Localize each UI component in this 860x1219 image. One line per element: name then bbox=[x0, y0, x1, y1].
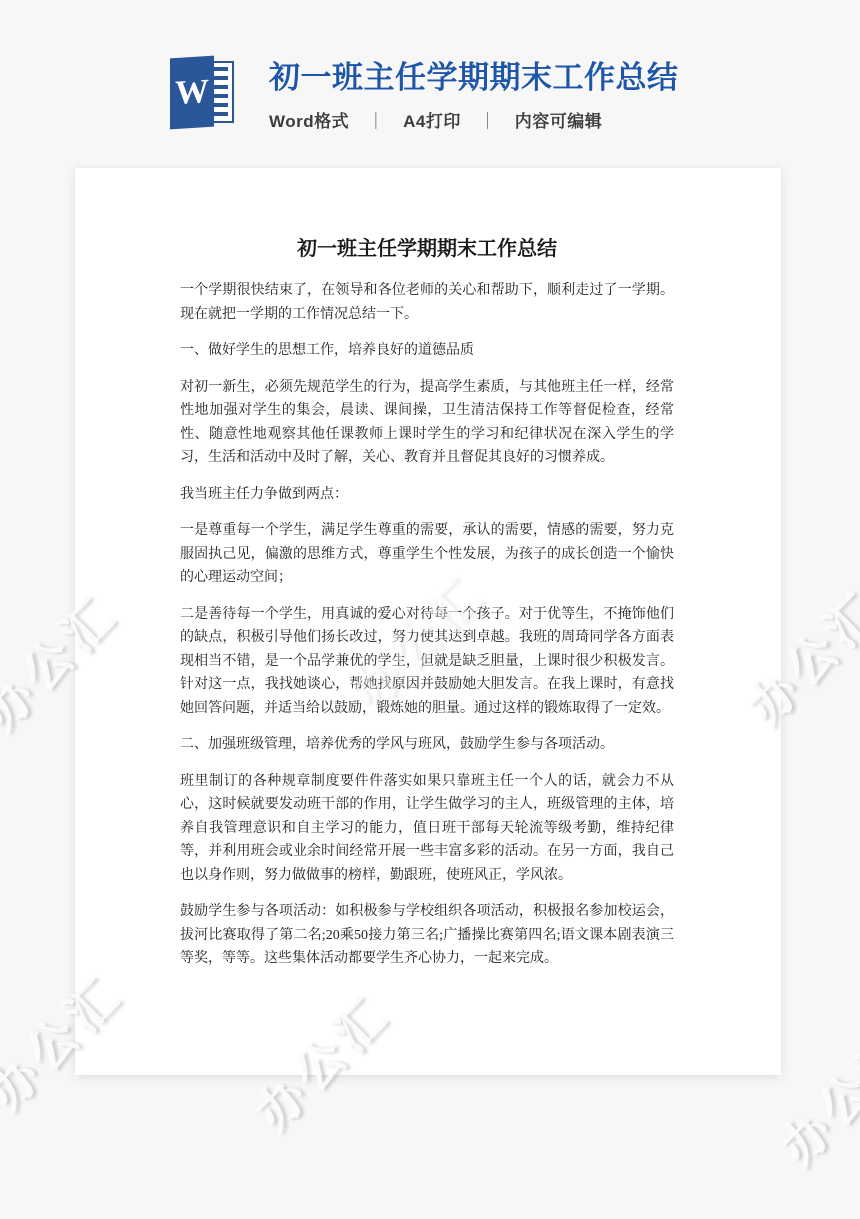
document-meta: Word格式 ｜ A4打印 ｜ 内容可编辑 bbox=[269, 107, 679, 132]
doc-heading: 一、做好学生的思想工作，培养良好的道德品质 bbox=[180, 339, 674, 363]
word-logo-icon: W bbox=[164, 56, 238, 130]
doc-paragraph: 一个学期很快结束了，在领导和各位老师的关心和帮助下，顺利走过了一学期。现在就把一… bbox=[180, 279, 674, 326]
word-w-letter: W bbox=[175, 74, 209, 110]
document-content: 初一班主任学期期末工作总结 一个学期很快结束了，在领导和各位老师的关心和帮助下，… bbox=[180, 234, 674, 984]
doc-heading: 二、加强班级管理，培养优秀的学风与班风，鼓励学生参与各项活动。 bbox=[180, 733, 674, 757]
meta-separator: ｜ bbox=[479, 112, 497, 131]
meta-separator: ｜ bbox=[367, 112, 385, 131]
doc-paragraph: 班里制订的各种规章制度要件件落实如果只靠班主任一个人的话，就会力不从心，这时候就… bbox=[180, 770, 674, 888]
preview-page: W 初一班主任学期期末工作总结 Word格式 ｜ A4打印 ｜ 内容可编辑 初一… bbox=[0, 0, 860, 1219]
doc-title: 初一班主任学期期末工作总结 bbox=[180, 234, 674, 264]
meta-editable-label: 内容可编辑 bbox=[515, 112, 603, 131]
doc-paragraph: 鼓励学生参与各项活动：如积极参与学校组织各项活动，积极报名参加校运会，拔河比赛取… bbox=[180, 900, 674, 971]
document-page: 初一班主任学期期末工作总结 一个学期很快结束了，在领导和各位老师的关心和帮助下，… bbox=[75, 168, 781, 1075]
doc-paragraph: 二是善待每一个学生，用真诚的爱心对待每一个孩子。对于优等生，不掩饰他们的缺点，积… bbox=[180, 603, 674, 721]
page-title: 初一班主任学期期末工作总结 bbox=[269, 52, 679, 97]
word-w-panel-icon: W bbox=[170, 56, 214, 130]
doc-paragraph: 对初一新生，必须先规范学生的行为，提高学生素质，与其他班主任一样，经常性地加强对… bbox=[180, 376, 674, 470]
meta-print-label: A4打印 bbox=[403, 112, 461, 131]
doc-paragraph: 一是尊重每一个学生，满足学生尊重的需要，承认的需要，情感的需要，努力克服固执己见… bbox=[180, 519, 674, 590]
doc-paragraph: 我当班主任力争做到两点： bbox=[180, 483, 674, 507]
meta-format-label: Word格式 bbox=[269, 112, 349, 131]
header: 初一班主任学期期末工作总结 Word格式 ｜ A4打印 ｜ 内容可编辑 bbox=[269, 52, 679, 132]
